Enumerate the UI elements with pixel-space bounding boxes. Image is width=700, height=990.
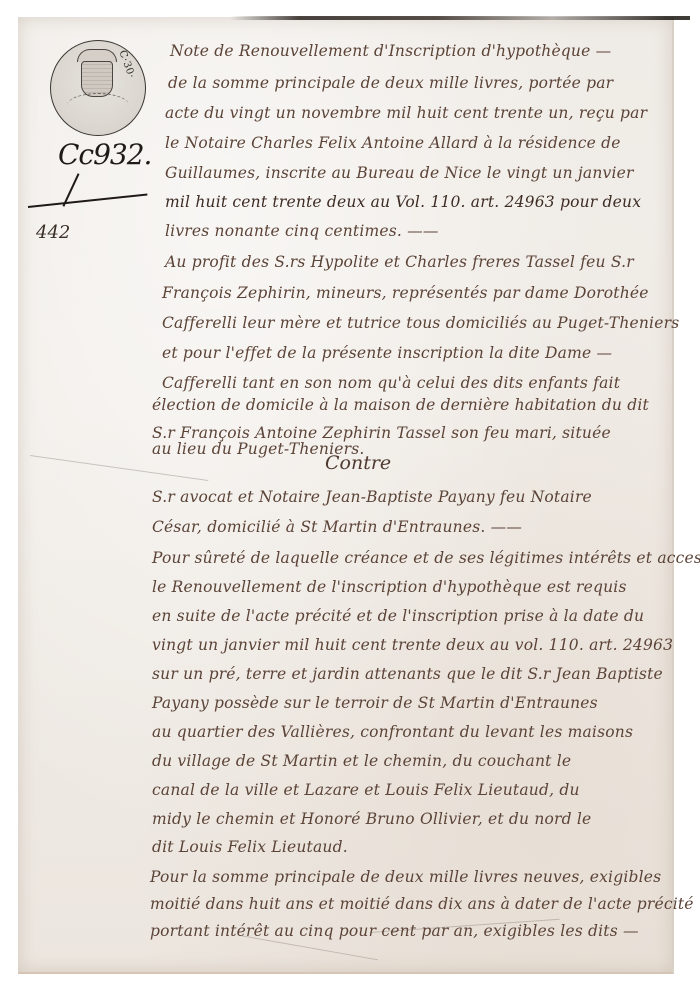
text-line: S.r avocat et Notaire Jean-Baptiste Paya… (152, 488, 592, 506)
text-line: César, domicilié à St Martin d'Entraunes… (152, 518, 522, 536)
reference-number: Cc932. (58, 138, 151, 171)
text-line: Cafferelli tant en son nom qu'à celui de… (162, 374, 620, 392)
text-line: élection de domicile à la maison de dern… (152, 396, 649, 414)
text-line: portant intérêt au cinq pour cent par an… (150, 922, 639, 940)
text-line: et pour l'effet de la présente inscripti… (162, 344, 612, 362)
text-line: moitié dans huit ans et moitié dans dix … (150, 895, 694, 913)
text-line: Payany possède sur le terroir de St Mart… (152, 694, 598, 712)
text-line: midy le chemin et Honoré Bruno Ollivier,… (152, 810, 591, 828)
tax-stamp-seal: C·30· (50, 40, 146, 136)
coat-of-arms-icon (81, 61, 113, 97)
text-line: Note de Renouvellement d'Inscription d'h… (170, 42, 611, 60)
text-line: le Renouvellement de l'inscription d'hyp… (152, 578, 627, 596)
text-line: canal de la ville et Lazare et Louis Fel… (152, 781, 580, 799)
text-line: le Notaire Charles Felix Antoine Allard … (165, 134, 621, 152)
text-line: de la somme principale de deux mille liv… (168, 74, 613, 92)
text-line: François Zephirin, mineurs, représentés … (162, 284, 649, 302)
text-line: sur un pré, terre et jardin attenants qu… (152, 665, 663, 683)
text-line: Guillaumes, inscrite au Bureau de Nice l… (165, 164, 634, 182)
section-heading-contre: Contre (325, 452, 391, 474)
text-line: Au profit des S.rs Hypolite et Charles f… (165, 253, 634, 271)
text-line: Cafferelli leur mère et tutrice tous dom… (162, 314, 679, 332)
text-line: vingt un janvier mil huit cent trente de… (152, 636, 673, 654)
reclining-figure-icon (67, 93, 129, 118)
scan-edge-shadow (230, 16, 690, 20)
text-line: livres nonante cinq centimes. —— (165, 222, 439, 240)
text-line: au quartier des Vallières, confrontant d… (152, 723, 633, 741)
text-line: Pour sûreté de laquelle créance et de se… (152, 549, 700, 567)
text-line: Pour la somme principale de deux mille l… (150, 868, 661, 886)
text-line: mil huit cent trente deux au Vol. 110. a… (165, 193, 641, 211)
text-line: acte du vingt un novembre mil huit cent … (165, 104, 647, 122)
text-line: du village de St Martin et le chemin, du… (152, 752, 571, 770)
folio-number: 442 (36, 222, 70, 243)
text-line: dit Louis Felix Lieutaud. (152, 838, 348, 856)
text-line: en suite de l'acte précité et de l'inscr… (152, 607, 644, 625)
